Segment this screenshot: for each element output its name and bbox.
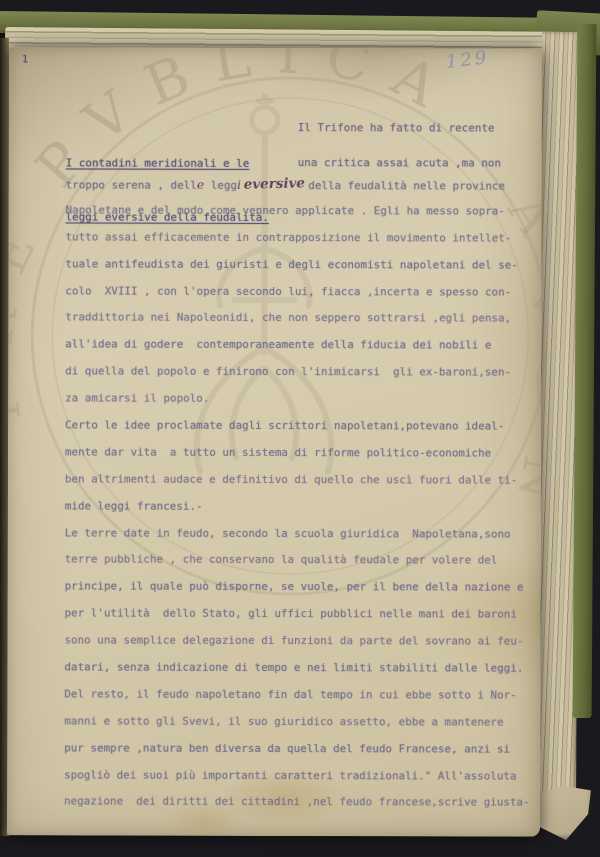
typed-line: Le terre date in feudo, secondo la scuol… [65, 526, 541, 554]
stamp-letter: I [7, 399, 32, 424]
typed-line: di quella del popolo e finirono con l'in… [65, 365, 541, 393]
typed-line: tuale antifeudista dei giuristi e degli … [65, 257, 541, 285]
body-text: troppo serena , delle leggieversivedella… [64, 176, 542, 823]
handwritten-folio-number: 129 [445, 47, 491, 73]
typed-line: spogliò dei suoi più importanti caratter… [64, 768, 540, 796]
typed-line: Del resto, il feudo napoletano fin dal t… [64, 687, 540, 715]
typed-page-number: 1 [22, 54, 28, 65]
typed-line: tutto assai efficacemente in contrapposi… [65, 230, 541, 258]
document-page: PVBLICA E R I A V E N 1 129 I contadini … [7, 47, 542, 836]
typed-line: mide leggi francesi.- [65, 499, 541, 527]
stamp-letter: E [7, 225, 47, 283]
typed-line: terre pubbliche , che conservano la qual… [65, 553, 541, 581]
typed-line: all'idea di godere contemporaneamente de… [65, 338, 541, 366]
stamp-letter: R [7, 301, 29, 350]
typed-line: manni e sotto gli Svevi, il suo giuridic… [64, 714, 540, 742]
typed-fragment: della feudalità nelle province [308, 179, 505, 193]
typed-line: traddittoria nei Napoleonidi, che non se… [65, 311, 541, 339]
intro-right-line-2: una critica assai acuta ,ma non [298, 156, 501, 170]
typed-line: mente dar vita a tutto un sistema di rif… [65, 445, 541, 473]
typed-line: Certo le idee proclamate dagli scrittori… [65, 418, 541, 446]
book-cover-right-edge [573, 24, 597, 718]
typed-line-with-corrections: troppo serena , delle leggieversivedella… [66, 176, 542, 204]
title-line-1: I contadini meridionali e le [66, 154, 298, 173]
typed-line: negazione dei diritti dei cittadini ,nel… [64, 795, 540, 823]
typed-line: za amicarsi il popolo. [65, 392, 541, 420]
typed-line: colo XVIII , con l'opera secondo lui, fi… [65, 284, 541, 312]
typed-line: per l'utilità dello Stato, gli uffici pu… [64, 607, 540, 635]
typed-line: principe, il quale può disporne, se vuol… [65, 580, 541, 608]
typed-fragment: legg [204, 179, 237, 192]
typed-line: Napoletane e del modo come vennero appli… [66, 203, 542, 231]
typed-line: pur sempre ,natura ben diversa da quella… [64, 741, 540, 769]
typed-line: sono una semplice delegazione di funzion… [64, 634, 540, 662]
typed-line: datari, senza indicazione di tempo e nei… [64, 660, 540, 688]
typed-line: ben altrimenti audace e definitivo di qu… [65, 472, 541, 500]
handwritten-correction: i [237, 177, 241, 192]
typed-fragment: troppo serena , dell [66, 178, 197, 191]
handwritten-correction: e [197, 177, 204, 192]
handwritten-correction-word: eversive [244, 175, 306, 192]
